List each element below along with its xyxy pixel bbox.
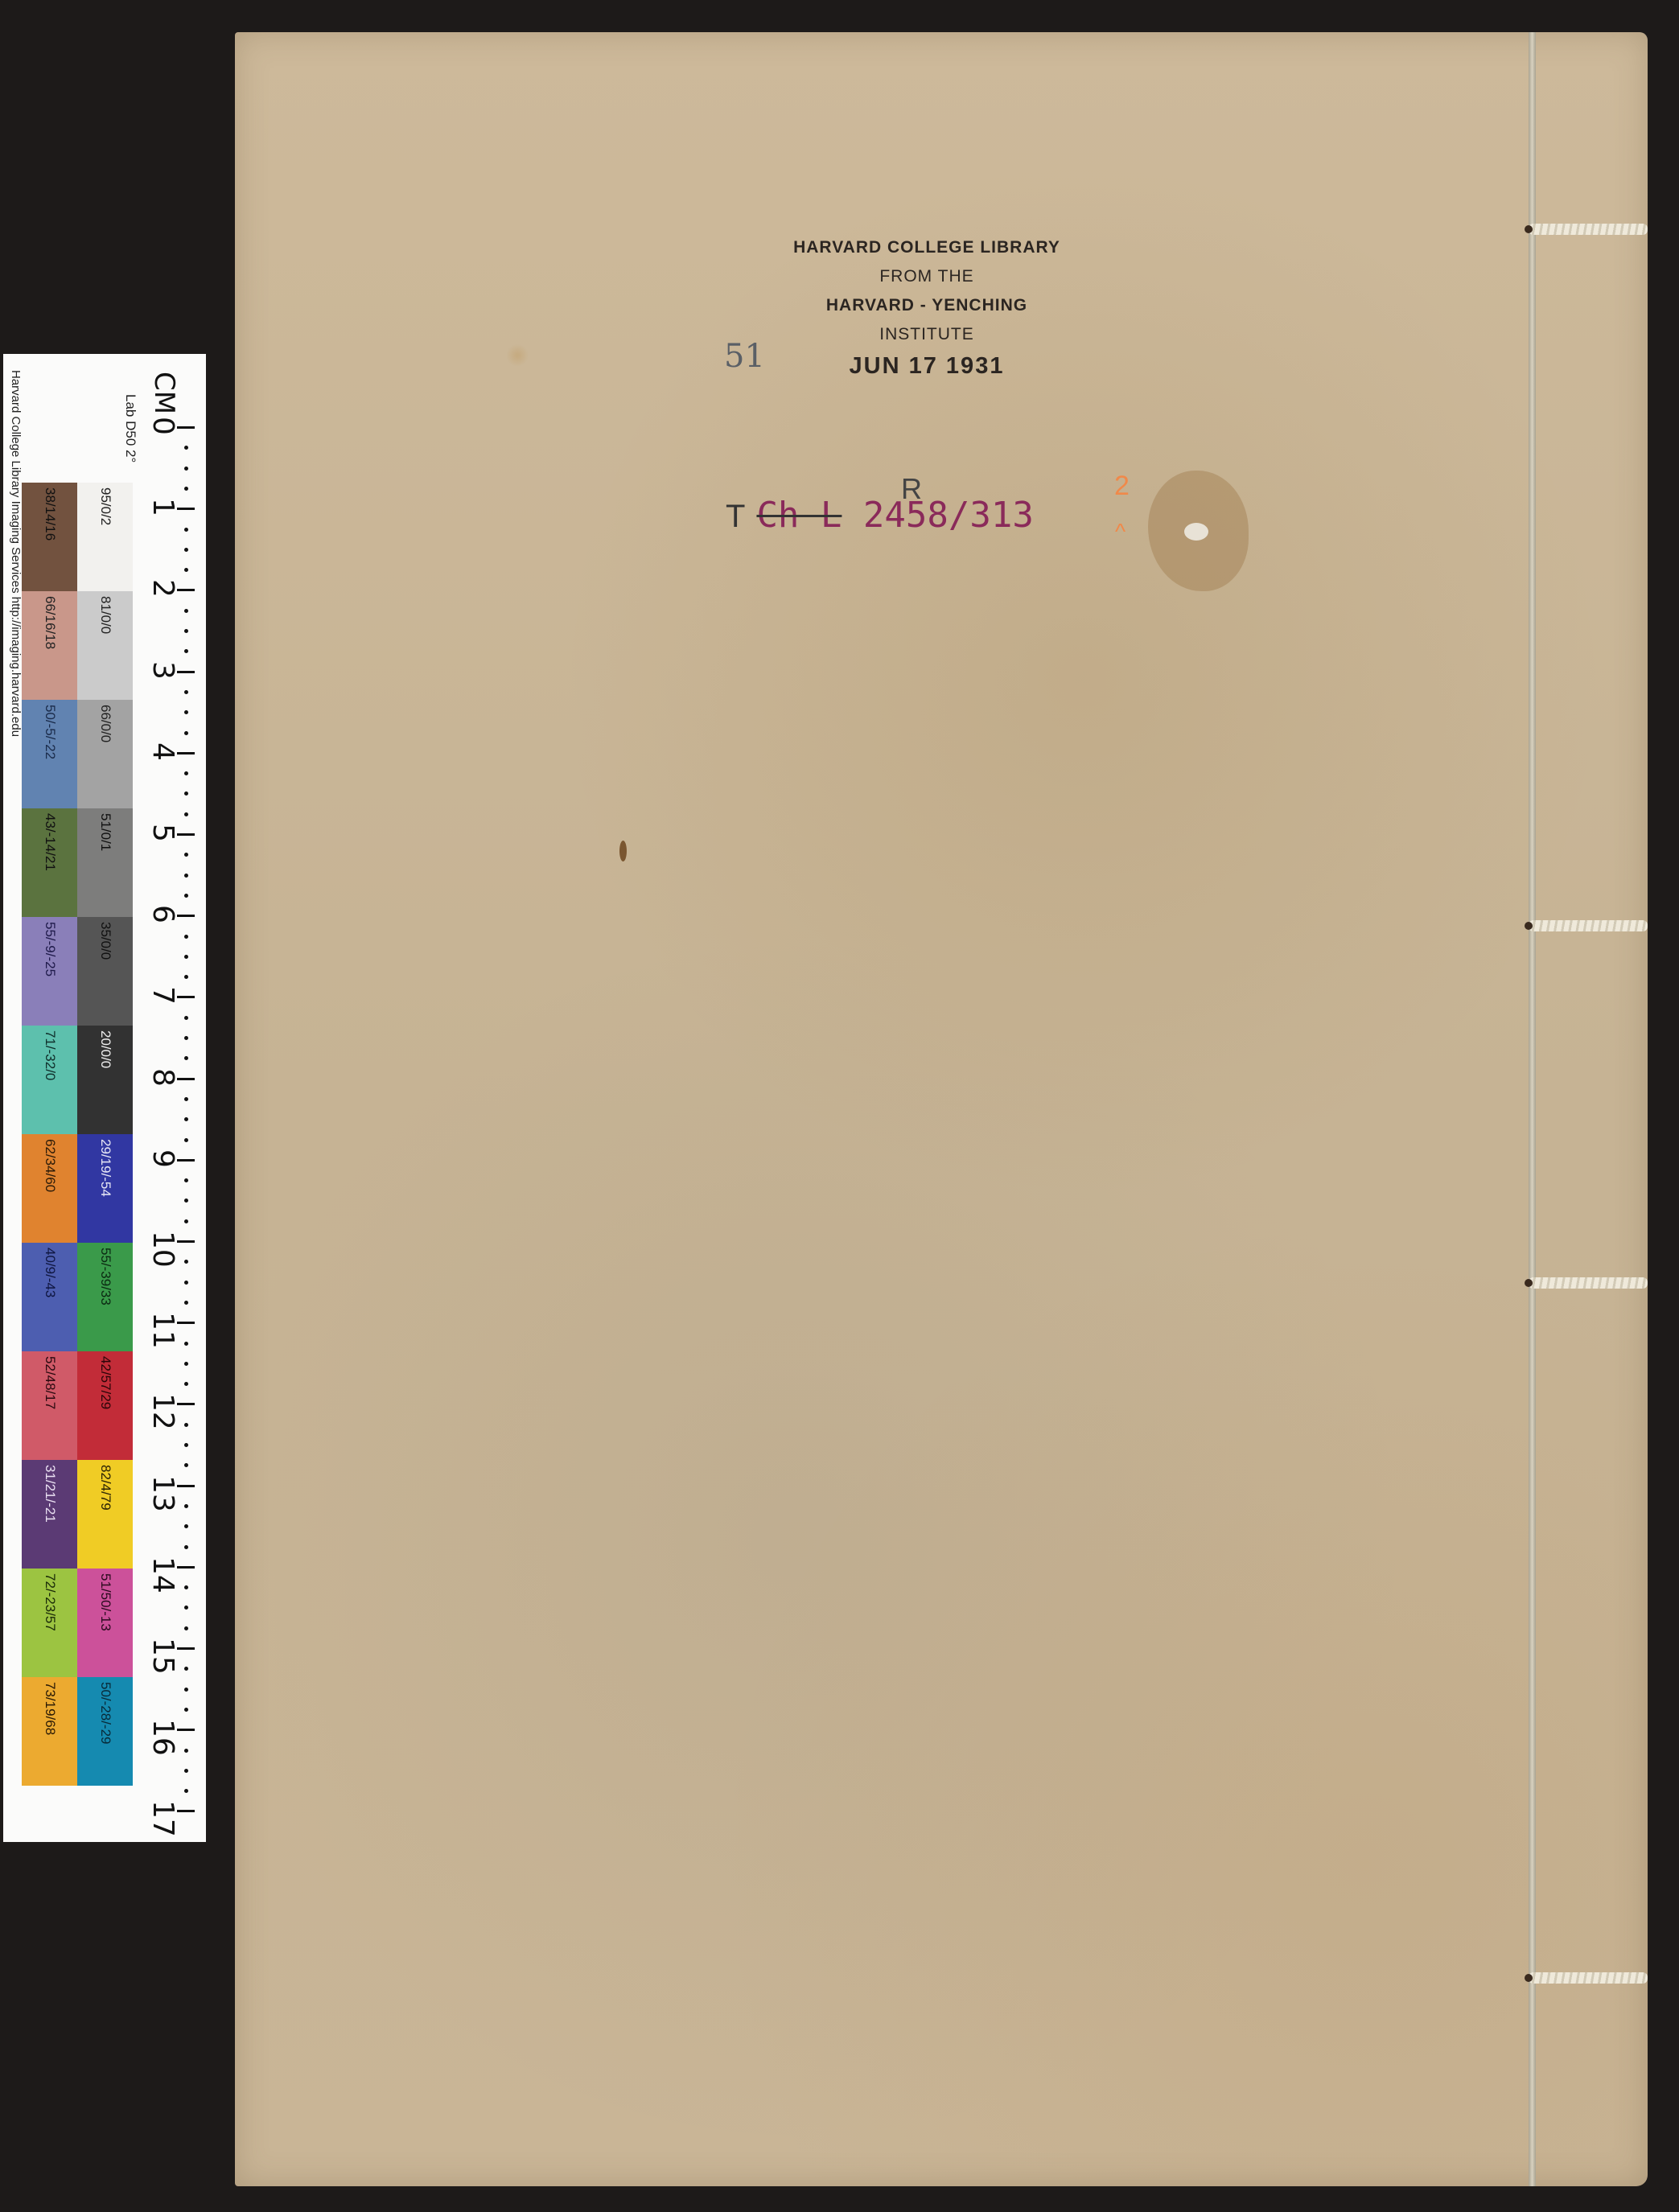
color-patch: 43/-14/21 (22, 808, 77, 917)
color-patch-row: 55/-9/-2535/0/0 (22, 917, 133, 1026)
color-patch-grid: 38/14/1695/0/266/16/1881/0/050/-5/-2266/… (22, 483, 133, 1786)
color-patch-label: 38/14/16 (42, 487, 58, 541)
color-patch: 50/-5/-22 (22, 700, 77, 808)
ruler-major-tick (177, 426, 195, 429)
color-patch-row: 66/16/1881/0/0 (22, 591, 133, 700)
ruler-minor-tick (184, 1789, 188, 1793)
call-number-main: 2458/3 (863, 495, 991, 536)
ruler-minor-tick (184, 1708, 188, 1712)
color-patch-row: 31/21/-2182/4/79 (22, 1460, 133, 1569)
ruler-minor-tick (184, 1219, 188, 1223)
ruler-tick-label: 7 (146, 986, 179, 1005)
ruler-minor-tick (184, 1382, 188, 1386)
color-patch: 66/0/0 (77, 700, 133, 808)
ruler-minor-tick (184, 975, 188, 979)
call-number-struck-text: Ch L (756, 495, 842, 536)
color-patch-label: 35/0/0 (97, 922, 113, 960)
color-patch-label: 66/16/18 (42, 596, 58, 649)
color-patch: 52/48/17 (22, 1351, 77, 1460)
binding-hole (1525, 922, 1533, 930)
color-patch-label: 43/-14/21 (42, 813, 58, 871)
ruler-major-tick (177, 996, 195, 998)
ruler-major-tick (177, 1159, 195, 1162)
ruler-tick-label: 13 (146, 1475, 179, 1512)
ruler-minor-tick (184, 1301, 188, 1305)
ruler-tick-label: 4 (146, 742, 179, 761)
imaging-credit: Harvard College Library Imaging Services… (5, 370, 23, 1223)
ruler-major-tick (177, 589, 195, 591)
color-patch-label: 62/34/60 (42, 1139, 58, 1192)
color-patch-label: 52/48/17 (42, 1356, 58, 1409)
color-patch-label: 50/-28/-29 (97, 1682, 113, 1745)
binding-tie (1529, 920, 1648, 931)
ruler-minor-tick (184, 1342, 188, 1346)
color-patch: 71/-32/0 (22, 1026, 77, 1134)
stamp-line: HARVARD COLLEGE LIBRARY (786, 233, 1068, 262)
caret-mark-icon: ^ (1115, 519, 1126, 545)
color-patch: 55/-39/33 (77, 1243, 133, 1351)
color-patch: 81/0/0 (77, 591, 133, 700)
ruler-minor-tick (184, 812, 188, 816)
ruler-minor-tick (184, 731, 188, 735)
color-patch-label: 95/0/2 (97, 487, 113, 525)
ruler-tick-label: 9 (146, 1149, 179, 1168)
ruler-major-tick (177, 1240, 195, 1243)
binding-tie (1529, 224, 1648, 235)
color-patch-label: 66/0/0 (97, 705, 113, 742)
color-patch-label: 73/19/68 (42, 1682, 58, 1735)
color-patch: 95/0/2 (77, 483, 133, 591)
ruler-minor-tick (184, 853, 188, 857)
color-patch: 35/0/0 (77, 917, 133, 1026)
ruler-minor-tick (184, 1688, 188, 1692)
color-patch-label: 29/19/-54 (97, 1139, 113, 1197)
ruler-major-tick (177, 752, 195, 754)
ruler-major-tick (177, 1322, 195, 1324)
stamp-line: HARVARD - YENCHING (786, 291, 1068, 320)
ruler-major-tick (177, 1485, 195, 1487)
binding-tie (1529, 1972, 1648, 1984)
ruler-tick-label: 11 (146, 1312, 179, 1349)
color-patch: 51/50/-13 (77, 1569, 133, 1677)
handwritten-number: 51 (724, 338, 765, 375)
ruler-minor-tick (184, 1545, 188, 1549)
color-patch-label: 71/-32/0 (42, 1030, 58, 1080)
ruler-minor-tick (184, 791, 188, 796)
ruler-tick-label: 0 (146, 417, 179, 435)
color-patch: 42/57/29 (77, 1351, 133, 1460)
color-patch: 55/-9/-25 (22, 917, 77, 1026)
ruler-minor-tick (184, 1524, 188, 1528)
ruler-minor-tick (184, 771, 188, 775)
ruler-minor-tick (184, 1036, 188, 1040)
color-patch-label: 42/57/29 (97, 1356, 113, 1409)
ruler-tick-label: 2 (146, 579, 179, 598)
ruler-major-tick (177, 1566, 195, 1569)
ruler-tick-label: 3 (146, 661, 179, 680)
call-number-handwritten-prefix: T (726, 499, 745, 534)
color-patch-label: 51/0/1 (97, 813, 113, 851)
ruler-minor-tick (184, 1281, 188, 1285)
color-patch: 50/-28/-29 (77, 1677, 133, 1786)
color-patch: 51/0/1 (77, 808, 133, 917)
book-cover: HARVARD COLLEGE LIBRARY FROM THE HARVARD… (235, 32, 1648, 2186)
ruler-minor-tick (184, 1626, 188, 1630)
color-patch-row: 43/-14/2151/0/1 (22, 808, 133, 917)
ruler-minor-tick (184, 487, 188, 491)
ruler-minor-tick (184, 690, 188, 694)
call-number: TCh L R 2458/32^13 (726, 495, 1034, 536)
library-accession-stamp: HARVARD COLLEGE LIBRARY FROM THE HARVARD… (786, 233, 1068, 383)
ruler-tick-label: 15 (146, 1638, 179, 1675)
color-patch-label: 50/-5/-22 (42, 705, 58, 759)
ruler-minor-tick (184, 1199, 188, 1203)
imaging-credit-text: Harvard College Library Imaging Services… (9, 370, 23, 737)
ruler-major-tick (177, 1403, 195, 1405)
stamp-date: JUN 17 1931 (786, 349, 1068, 383)
ruler-minor-tick (184, 1769, 188, 1773)
ruler-minor-tick (184, 874, 188, 878)
ruler-minor-tick (184, 1260, 188, 1264)
ruler-minor-tick (184, 528, 188, 532)
color-patch: 31/21/-21 (22, 1460, 77, 1569)
ruler-tick-label: 1 (146, 498, 179, 516)
ruler-major-tick (177, 508, 195, 510)
ruler-tick-label: 5 (146, 824, 179, 842)
water-stain (1148, 471, 1249, 591)
ruler-minor-tick (184, 1667, 188, 1671)
color-patch: 66/16/18 (22, 591, 77, 700)
color-patch-label: 72/-23/57 (42, 1573, 58, 1631)
color-patch-row: 50/-5/-2266/0/0 (22, 700, 133, 808)
color-patch-label: 55/-39/33 (97, 1248, 113, 1305)
color-patch: 40/9/-43 (22, 1243, 77, 1351)
color-patch: 29/19/-54 (77, 1134, 133, 1243)
binding-hole (1525, 225, 1533, 233)
color-patch-row: 62/34/6029/19/-54 (22, 1134, 133, 1243)
ruler-minor-tick (184, 1585, 188, 1589)
ruler-minor-tick (184, 1097, 188, 1101)
call-number-suffix: 13 (991, 495, 1034, 536)
stamp-line: INSTITUTE (786, 320, 1068, 349)
binding-hole (1525, 1279, 1533, 1287)
color-space-label: Lab D50 2° (122, 394, 138, 463)
ruler-major-tick (177, 671, 195, 673)
ruler-major-tick (177, 833, 195, 836)
color-patch-label: 31/21/-21 (42, 1465, 58, 1523)
color-patch-row: 40/9/-4355/-39/33 (22, 1243, 133, 1351)
ruler-minor-tick (184, 1749, 188, 1753)
ruler-minor-tick (184, 1138, 188, 1142)
ruler-major-tick (177, 1647, 195, 1650)
color-patch-label: 55/-9/-25 (42, 922, 58, 976)
ruler-minor-tick (184, 955, 188, 959)
color-patch: 82/4/79 (77, 1460, 133, 1569)
ruler-tick-label: 8 (146, 1068, 179, 1087)
ruler-minor-tick (184, 1178, 188, 1182)
call-number-superscript: R (901, 472, 922, 506)
ruler-major-tick (177, 1729, 195, 1731)
ruler-minor-tick (184, 609, 188, 613)
ruler-tick-label: 12 (146, 1393, 179, 1430)
color-patch-row: 38/14/1695/0/2 (22, 483, 133, 591)
color-patch-label: 40/9/-43 (42, 1248, 58, 1297)
ruler-minor-tick (184, 1362, 188, 1366)
ruler-minor-tick (184, 1016, 188, 1020)
ruler-minor-tick (184, 649, 188, 653)
ruler-tick-label: 14 (146, 1556, 179, 1593)
ruler-minor-tick (184, 548, 188, 552)
paper-speck (619, 841, 627, 861)
ruler-minor-tick (184, 710, 188, 714)
color-patch: 38/14/16 (22, 483, 77, 591)
color-patch-label: 82/4/79 (97, 1465, 113, 1511)
ruler-minor-tick (184, 1056, 188, 1060)
color-patch-row: 73/19/6850/-28/-29 (22, 1677, 133, 1786)
binding-tie (1529, 1277, 1648, 1289)
stamp-line: FROM THE (786, 262, 1068, 291)
ruler-tick-label: 6 (146, 905, 179, 923)
ruler-minor-tick (184, 935, 188, 939)
ruler-major-tick (177, 915, 195, 917)
color-patch-label: 51/50/-13 (97, 1573, 113, 1631)
ruler-minor-tick (184, 467, 188, 471)
ruler-tick-label: 10 (146, 1231, 179, 1268)
binding-hole (1525, 1974, 1533, 1982)
ruler-major-tick (177, 1810, 195, 1812)
color-patch-row: 52/48/1742/57/29 (22, 1351, 133, 1460)
ruler-minor-tick (184, 1443, 188, 1447)
color-patch-row: 72/-23/5751/50/-13 (22, 1569, 133, 1677)
ruler-minor-tick (184, 1423, 188, 1427)
color-patch: 20/0/0 (77, 1026, 133, 1134)
ruler-minor-tick (184, 446, 188, 450)
ruler-minor-tick (184, 1117, 188, 1121)
color-patch: 72/-23/57 (22, 1569, 77, 1677)
color-patch-label: 81/0/0 (97, 596, 113, 634)
binding-thread-vertical (1529, 32, 1536, 2186)
ruler-minor-tick (184, 1606, 188, 1610)
ruler-minor-tick (184, 1463, 188, 1467)
ruler-minor-tick (184, 568, 188, 572)
call-number-correction: 2 (1114, 471, 1130, 502)
ruler-minor-tick (184, 629, 188, 633)
ruler-minor-tick (184, 1504, 188, 1508)
ruler-tick-label: 16 (146, 1719, 179, 1756)
color-patch-row: 71/-32/020/0/0 (22, 1026, 133, 1134)
ruler-tick-label: 17 (146, 1800, 179, 1837)
color-patch: 62/34/60 (22, 1134, 77, 1243)
color-patch: 73/19/68 (22, 1677, 77, 1786)
centimeter-ruler: 01234567891011121314151617 (149, 0, 205, 2212)
ruler-minor-tick (184, 894, 188, 898)
color-patch-label: 20/0/0 (97, 1030, 113, 1068)
ruler-major-tick (177, 1078, 195, 1080)
